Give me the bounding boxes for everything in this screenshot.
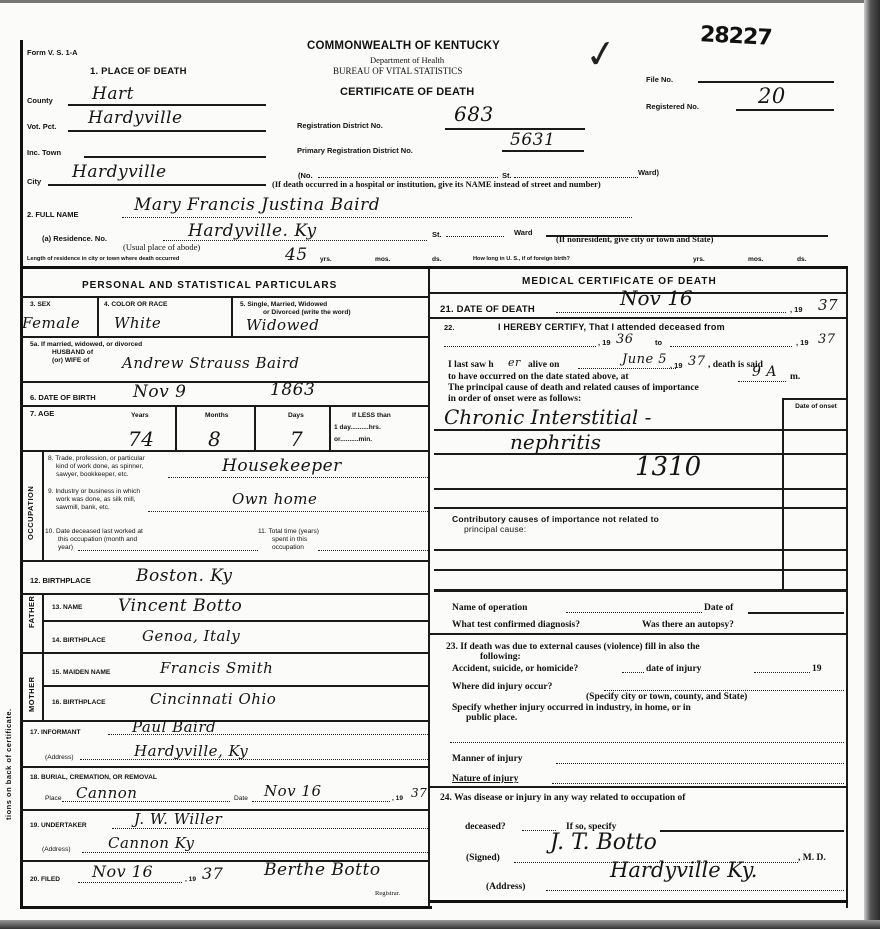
burial-place-value: Cannon: [76, 784, 137, 802]
personal-heading-line: [20, 296, 428, 298]
parents-side-divider: [42, 593, 44, 721]
months-label: Months: [205, 412, 228, 420]
inc-town-line: [84, 156, 266, 158]
operation-label: Name of operation: [452, 603, 527, 613]
date-of-death-row-line: [430, 317, 848, 319]
cause-line-1-rule: [434, 429, 848, 431]
total-time-label-3: occupation: [272, 544, 304, 552]
race-label: 4. COLOR OR RACE: [104, 301, 167, 309]
trade-label-3: sawyer, bookkeeper, etc.: [56, 471, 129, 479]
days-value: 7: [290, 427, 303, 451]
mother-birthplace-value: Cincinnati Ohio: [150, 690, 276, 708]
county-label: County: [27, 96, 53, 105]
burial-year-prefix: , 19: [392, 795, 403, 803]
last-saw-value: June 5: [622, 352, 667, 367]
onset-column-divider: [782, 398, 784, 590]
contributory-label-2: principal cause:: [464, 524, 526, 534]
last-saw-dots: [578, 368, 676, 369]
how-long-us-label: How long in U. S., if of foreign birth?: [473, 256, 570, 264]
res-ward-label: Ward: [514, 228, 532, 237]
undertaker-address-label: (Address): [42, 846, 71, 854]
attended-from-year-prefix: , 19: [598, 338, 611, 347]
check-mark-icon: ✓: [582, 30, 620, 78]
date-of-death-value: Nov 16: [620, 286, 693, 310]
months-value: 8: [208, 427, 221, 451]
certificate-stamp-number: 28227: [699, 22, 772, 51]
birthplace-value: Boston. Ky: [136, 566, 233, 586]
full-name-dots: [122, 217, 632, 218]
physician-signature: J. T. Botto: [550, 830, 657, 855]
external-row-line: [430, 786, 848, 788]
mother-section-line: [20, 720, 428, 722]
us-yrs-label: yrs.: [693, 256, 705, 264]
spouse-row-line: [20, 381, 428, 383]
frame-bottom-border: [20, 906, 432, 909]
dob-label: 6. DATE OF BIRTH: [30, 393, 96, 402]
nature-injury-dots: [552, 783, 844, 784]
occurred-text: to have occurred on the date stated abov…: [448, 372, 629, 382]
vot-pct-value: Hardyville: [88, 108, 183, 128]
res-street-dots: [446, 236, 504, 237]
specify-whether-1: Specify whether injury occurred in indus…: [452, 703, 691, 713]
contributory-rule-2: [434, 569, 848, 571]
date-of-operation-line: [748, 612, 844, 614]
mother-maiden-value: Francis Smith: [160, 659, 273, 677]
less-than-label-3: or..........min.: [334, 436, 372, 444]
contributory-rule-1: [434, 549, 848, 551]
attended-to-year-prefix: , 19: [796, 338, 809, 347]
last-saw-year-value: 37: [688, 354, 706, 369]
mother-maiden-label: 15. MAIDEN NAME: [52, 669, 110, 677]
birthplace-label: 12. BIRTHPLACE: [30, 576, 91, 585]
registrar-signature: Berthe Botto: [264, 860, 381, 880]
external-label-1: 23. If death was due to external causes …: [446, 642, 700, 652]
physician-address-value: Hardyville Ky.: [610, 858, 757, 882]
file-no-line: [698, 81, 834, 83]
registered-no-line: [736, 109, 834, 111]
scan-edge-bottom: [0, 920, 880, 929]
industry-dots: [148, 511, 428, 512]
specify-whether-dots: [450, 742, 844, 743]
years-value: 74: [128, 427, 154, 451]
occupation-row-line: [20, 560, 428, 562]
attended-from-dots: [444, 346, 596, 347]
trade-label-2: kind of work done, as spinner,: [56, 463, 143, 471]
father-name-label: 13. NAME: [52, 604, 82, 612]
date-of-death-dots: [556, 312, 786, 313]
form-number: Form V. S. 1-A: [27, 48, 78, 57]
trade-label-1: 8. Trade, profession, or particular: [48, 455, 145, 463]
accident-dots: [622, 672, 644, 673]
filed-year-value: 37: [202, 864, 223, 883]
primary-reg-label: Primary Registration District No.: [297, 146, 413, 155]
trade-value: Housekeeper: [222, 456, 342, 476]
contributory-rule-3: [434, 589, 848, 592]
undertaker-address-dots: [82, 852, 428, 853]
date-of-onset-label: Date of onset: [790, 403, 842, 411]
occupation-related-label: 24. Was disease or injury in any way rel…: [440, 793, 685, 803]
days-label: Days: [288, 412, 304, 420]
operation-row-line: [430, 633, 848, 635]
spouse-label-1: 5a. If married, widowed, or divorced: [30, 341, 142, 349]
dept-name: Department of Health: [370, 55, 444, 65]
cause-line-3: 1310: [635, 452, 701, 482]
informant-address-dots: [80, 759, 428, 760]
us-mos-label: mos.: [748, 256, 763, 264]
last-worked-dots: [78, 550, 258, 551]
informant-row-line: [20, 766, 428, 768]
father-birthplace-value: Genoa, Italy: [142, 627, 240, 645]
burial-place-label: Place: [45, 795, 62, 803]
county-value: Hart: [92, 84, 134, 104]
medical-bottom-border: [430, 900, 848, 903]
primary-reg-value: 5631: [510, 130, 555, 150]
sex-label: 3. SEX: [30, 301, 51, 309]
scan-edge-top: [0, 0, 880, 3]
md-label: , M. D.: [798, 853, 826, 863]
burial-place-dots: [62, 801, 230, 802]
time-of-death-value: 9 A: [752, 364, 777, 380]
street-dots: [514, 177, 638, 178]
registered-no-value: 20: [758, 84, 786, 108]
mother-maiden-line: [42, 685, 428, 687]
race-value: White: [114, 314, 161, 332]
last-saw-label: I last saw h: [448, 360, 494, 370]
personal-heading: PERSONAL AND STATISTICAL PARTICULARS: [82, 280, 337, 291]
accident-label: Accident, suicide, or homicide?: [452, 664, 578, 674]
city-label: City: [27, 177, 41, 186]
external-label-2: following:: [480, 652, 521, 662]
last-worked-label-3: year): [58, 544, 73, 552]
hospital-note: (If death occurred in a hospital or inst…: [272, 179, 601, 189]
informant-address-label: (Address): [45, 754, 74, 762]
filed-date-value: Nov 16: [92, 862, 153, 881]
last-worked-label-1: 10. Date deceased last worked at: [45, 528, 143, 536]
file-no-label: File No.: [646, 75, 673, 84]
undertaker-value: J. W. Willer: [134, 810, 222, 828]
burial-label: 18. BURIAL, CREMATION, OR REMOVAL: [30, 774, 157, 782]
vot-pct-label: Vot. Pct.: [27, 122, 56, 131]
age-days-divider: [329, 405, 331, 450]
date-injury-label: date of injury: [646, 664, 701, 674]
age-years-divider: [175, 405, 177, 450]
reg-district-label: Registration District No.: [297, 121, 383, 130]
dob-month-day: Nov 9: [133, 382, 186, 402]
bureau-name: BUREAU OF VITAL STATISTICS: [333, 66, 462, 76]
burial-date-label: Date: [234, 795, 248, 803]
inc-town-label: Inc. Town: [27, 148, 61, 157]
residence-value: Hardyville. Ky: [188, 221, 317, 241]
length-residence-label: Length of residence in city or town wher…: [27, 256, 179, 264]
father-name-line: [42, 620, 428, 622]
father-birthplace-label: 14. BIRTHPLACE: [52, 637, 106, 645]
section-divider-top: [20, 266, 848, 269]
center-divider: [428, 268, 430, 908]
cause-line-1: Chronic Interstitial -: [444, 405, 651, 429]
sex-race-divider: [97, 296, 99, 336]
burial-year-value: 37: [411, 786, 427, 800]
birthplace-row-line: [20, 593, 428, 595]
industry-label-2: work was done, as silk mill,: [56, 496, 136, 504]
attended-to-dots: [670, 346, 792, 347]
age-row-line: [20, 450, 428, 452]
cause-line-2: nephritis: [510, 430, 601, 454]
filed-label: 20. FILED: [30, 876, 60, 884]
burial-date-dots: [252, 801, 390, 802]
cause-line-3-rule: [434, 488, 848, 490]
burial-date-value: Nov 16: [264, 782, 322, 800]
to-label: to: [655, 338, 662, 347]
alive-on-label: alive on: [528, 360, 559, 370]
informant-dots: [108, 734, 428, 735]
nonresident-note: (If nonresident, give city or town and S…: [556, 234, 713, 244]
reg-district-value: 683: [454, 102, 494, 126]
margin-note: tions on back of certificate.: [4, 708, 13, 820]
attended-to-year-value: 37: [818, 332, 836, 347]
frame-left-border: [20, 40, 23, 908]
registered-no-label: Registered No.: [646, 102, 699, 111]
certificate-title: CERTIFICATE OF DEATH: [340, 86, 474, 98]
death-year-value: 37: [818, 296, 838, 314]
father-name-value: Vincent Botto: [118, 596, 242, 616]
vot-pct-line: [68, 130, 266, 132]
county-line: [68, 104, 266, 106]
trade-dots: [168, 477, 428, 478]
mother-birthplace-label: 16. BIRTHPLACE: [52, 699, 106, 707]
time-of-death-dots: [738, 381, 786, 382]
attended-from-year-value: 36: [616, 332, 634, 347]
marital-label-1: 5. Single, Married, Widowed: [240, 301, 327, 309]
death-year-prefix: , 19: [790, 305, 803, 314]
contributory-label-1: Contributory causes of importance not re…: [452, 514, 659, 524]
occupation-side-label: OCCUPATION: [26, 486, 35, 540]
length-residence-value: 45: [285, 245, 308, 265]
age-months-divider: [254, 405, 256, 450]
informant-address-value: Hardyville, Ky: [134, 742, 248, 760]
certify-number: 22.: [444, 323, 454, 332]
less-than-label-2: 1 day..........hrs.: [334, 424, 381, 432]
manner-injury-dots: [556, 763, 844, 764]
burial-row-line: [20, 809, 428, 811]
registrar-label: Registrar.: [375, 890, 400, 897]
informant-label: 17. INFORMANT: [30, 729, 81, 737]
marital-value: Widowed: [246, 316, 319, 334]
total-time-dots: [318, 550, 428, 551]
last-saw-year-prefix: , 19: [670, 361, 683, 370]
right-divider: [846, 268, 848, 908]
operation-dots: [566, 612, 702, 613]
industry-label-3: sawmill, bank, etc.: [56, 504, 110, 512]
injury-year-19: 19: [812, 664, 822, 674]
place-of-death-heading: 1. PLACE OF DEATH: [90, 66, 187, 77]
test-label: What test confirmed diagnosis?: [452, 620, 580, 630]
street-no-dots: [318, 177, 498, 178]
physician-address-label: (Address): [486, 882, 525, 892]
length-mos-label: mos.: [375, 256, 390, 264]
onset-column-top: [782, 398, 848, 400]
full-name-label: 2. FULL NAME: [27, 210, 79, 219]
father-side-label: FATHER: [27, 596, 36, 628]
years-label: Years: [131, 412, 149, 420]
filed-date-dots: [78, 882, 182, 883]
dob-row-line: [20, 405, 428, 407]
father-section-line: [20, 652, 428, 654]
signed-label: (Signed): [466, 853, 500, 863]
date-of-operation-label: Date of: [704, 603, 733, 613]
industry-value: Own home: [232, 490, 317, 508]
state-title: COMMONWEALTH OF KENTUCKY: [307, 40, 500, 52]
date-of-death-label: 21. DATE OF DEATH: [440, 304, 535, 315]
principal-cause-text-1: The principal cause of death and related…: [448, 383, 699, 393]
city-line: [48, 184, 266, 186]
undertaker-dots: [112, 828, 428, 829]
industry-label-1: 9. Industry or business in which: [48, 488, 140, 496]
length-ds-label: ds.: [432, 256, 442, 264]
certify-text: I HEREBY CERTIFY, That I attended deceas…: [498, 322, 725, 332]
date-injury-dots: [754, 672, 810, 673]
total-time-label-1: 11. Total time (years): [258, 528, 319, 536]
nature-injury-label: Nature of injury: [452, 774, 518, 784]
less-than-label-1: If LESS than: [352, 412, 391, 420]
us-ds-label: ds.: [797, 256, 807, 264]
filed-year-prefix: , 19: [185, 876, 196, 884]
undertaker-address-value: Cannon Ky: [108, 834, 194, 852]
principal-cause-text-2: in order of onset were as follows:: [448, 394, 581, 404]
deceased-label: deceased?: [465, 822, 506, 832]
m-label: m.: [790, 372, 800, 382]
physician-address-dots: [546, 890, 844, 891]
ward-label: Ward): [638, 168, 659, 177]
if-so-line: [660, 830, 844, 832]
dob-year: 1863: [270, 380, 315, 400]
city-value: Hardyville: [72, 162, 167, 182]
cause-line-4-rule: [434, 507, 848, 509]
occupation-side-divider: [42, 450, 44, 560]
residence-dots: [163, 240, 427, 241]
undertaker-label: 19. UNDERTAKER: [30, 822, 87, 830]
residence-label: (a) Residence. No.: [42, 234, 107, 243]
primary-reg-line: [502, 150, 584, 152]
where-injury-dots: [604, 690, 844, 691]
age-label: 7. AGE: [30, 409, 54, 418]
race-marital-divider: [231, 296, 233, 336]
sex-value: Female: [22, 314, 80, 332]
full-name-value: Mary Francis Justina Baird: [134, 195, 380, 215]
spouse-label-2: HUSBAND of: [52, 349, 93, 357]
res-street-label: St.: [432, 230, 442, 239]
last-saw-pronoun: er: [508, 356, 521, 369]
specify-whether-2: public place.: [466, 713, 517, 723]
length-yrs-label: yrs.: [320, 256, 332, 264]
last-worked-label-2: this occupation (month and: [58, 536, 137, 544]
marital-row-line: [20, 336, 428, 338]
usual-abode-note: (Usual place of abode): [123, 242, 200, 252]
death-certificate: tions on back of certificate. Form V. S.…: [0, 0, 880, 929]
mother-side-label: MOTHER: [27, 677, 36, 713]
autopsy-label: Was there an autopsy?: [642, 620, 734, 630]
spouse-value: Andrew Strauss Baird: [122, 354, 300, 372]
total-time-label-2: spent in this: [272, 536, 307, 544]
where-injury-label: Where did injury occur?: [452, 682, 552, 692]
spouse-label-3: (or) WIFE of: [52, 357, 89, 365]
scan-edge-right: [864, 0, 880, 929]
manner-injury-label: Manner of injury: [452, 754, 523, 764]
specify-city-note: (Specify city or town, county, and State…: [586, 692, 747, 702]
